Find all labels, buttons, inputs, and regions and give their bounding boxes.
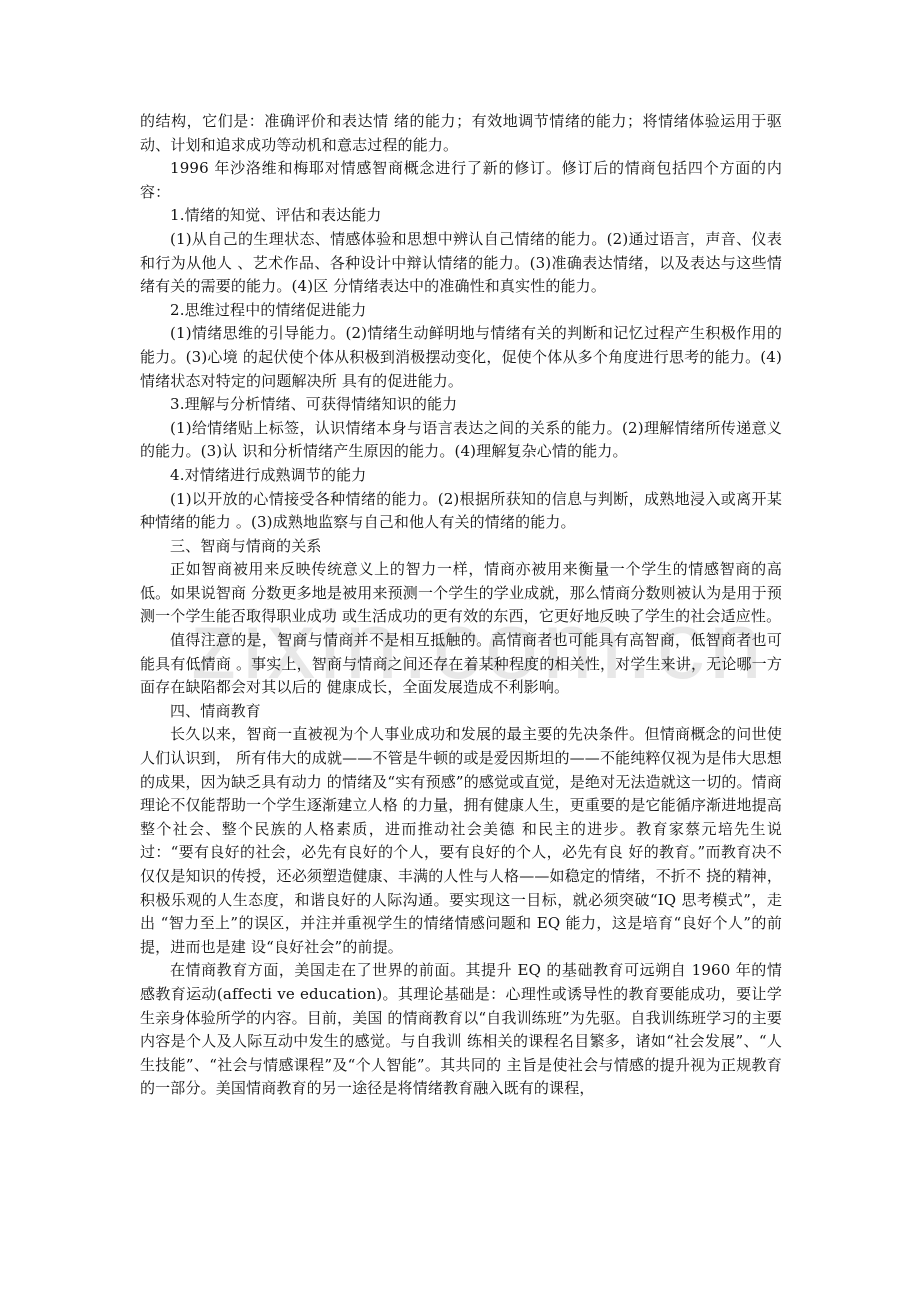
subheading-regulation: 4.对情绪进行成熟调节的能力 [140,464,782,488]
subheading-perception: 1.情绪的知觉、评估和表达能力 [140,204,782,228]
paragraph-perception: (1)从自己的生理状态、情感体验和思想中辨认自己情绪的能力。(2)通过语言，声音… [140,228,782,299]
paragraph-regulation: (1)以开放的心情接受各种情绪的能力。(2)根据所获知的信息与判断，成熟地浸入或… [140,488,782,535]
section-heading-iq-eq-relation: 三、智商与情商的关系 [140,535,782,559]
document-page: 的结构，它们是：准确评价和表达情 绪的能力；有效地调节情绪的能力；将情绪体验运用… [140,110,782,1101]
paragraph-iq-eq-measure: 正如智商被用来反映传统意义上的智力一样，情商亦被用来衡量一个学生的情感智商的高低… [140,558,782,629]
subheading-understanding: 3.理解与分析情绪、可获得情绪知识的能力 [140,393,782,417]
paragraph-understanding: (1)给情绪贴上标签，认识情绪本身与语言表达之间的关系的能力。(2)理解情绪所传… [140,417,782,464]
paragraph-us-eq-education: 在情商教育方面，美国走在了世界的前面。其提升 EQ 的基础教育可远朔自 1960… [140,959,782,1101]
paragraph-facilitation: (1)情绪思维的引导能力。(2)情绪生动鲜明地与情绪有关的判断和记忆过程产生积极… [140,322,782,393]
paragraph-iq-eq-correlation: 值得注意的是，智商与情商并不是相互抵触的。高情商者也可能具有高智商，低智商者也可… [140,629,782,700]
paragraph-revision-intro: 1996 年沙洛维和梅耶对情感智商概念进行了新的修订。修订后的情商包括四个方面的… [140,157,782,204]
subheading-facilitation: 2.思维过程中的情绪促进能力 [140,299,782,323]
paragraph-continuation: 的结构，它们是：准确评价和表达情 绪的能力；有效地调节情绪的能力；将情绪体验运用… [140,110,782,157]
section-heading-eq-education: 四、情商教育 [140,700,782,724]
paragraph-eq-importance: 长久以来，智商一直被视为个人事业成功和发展的最主要的先决条件。但情商概念的问世使… [140,723,782,959]
